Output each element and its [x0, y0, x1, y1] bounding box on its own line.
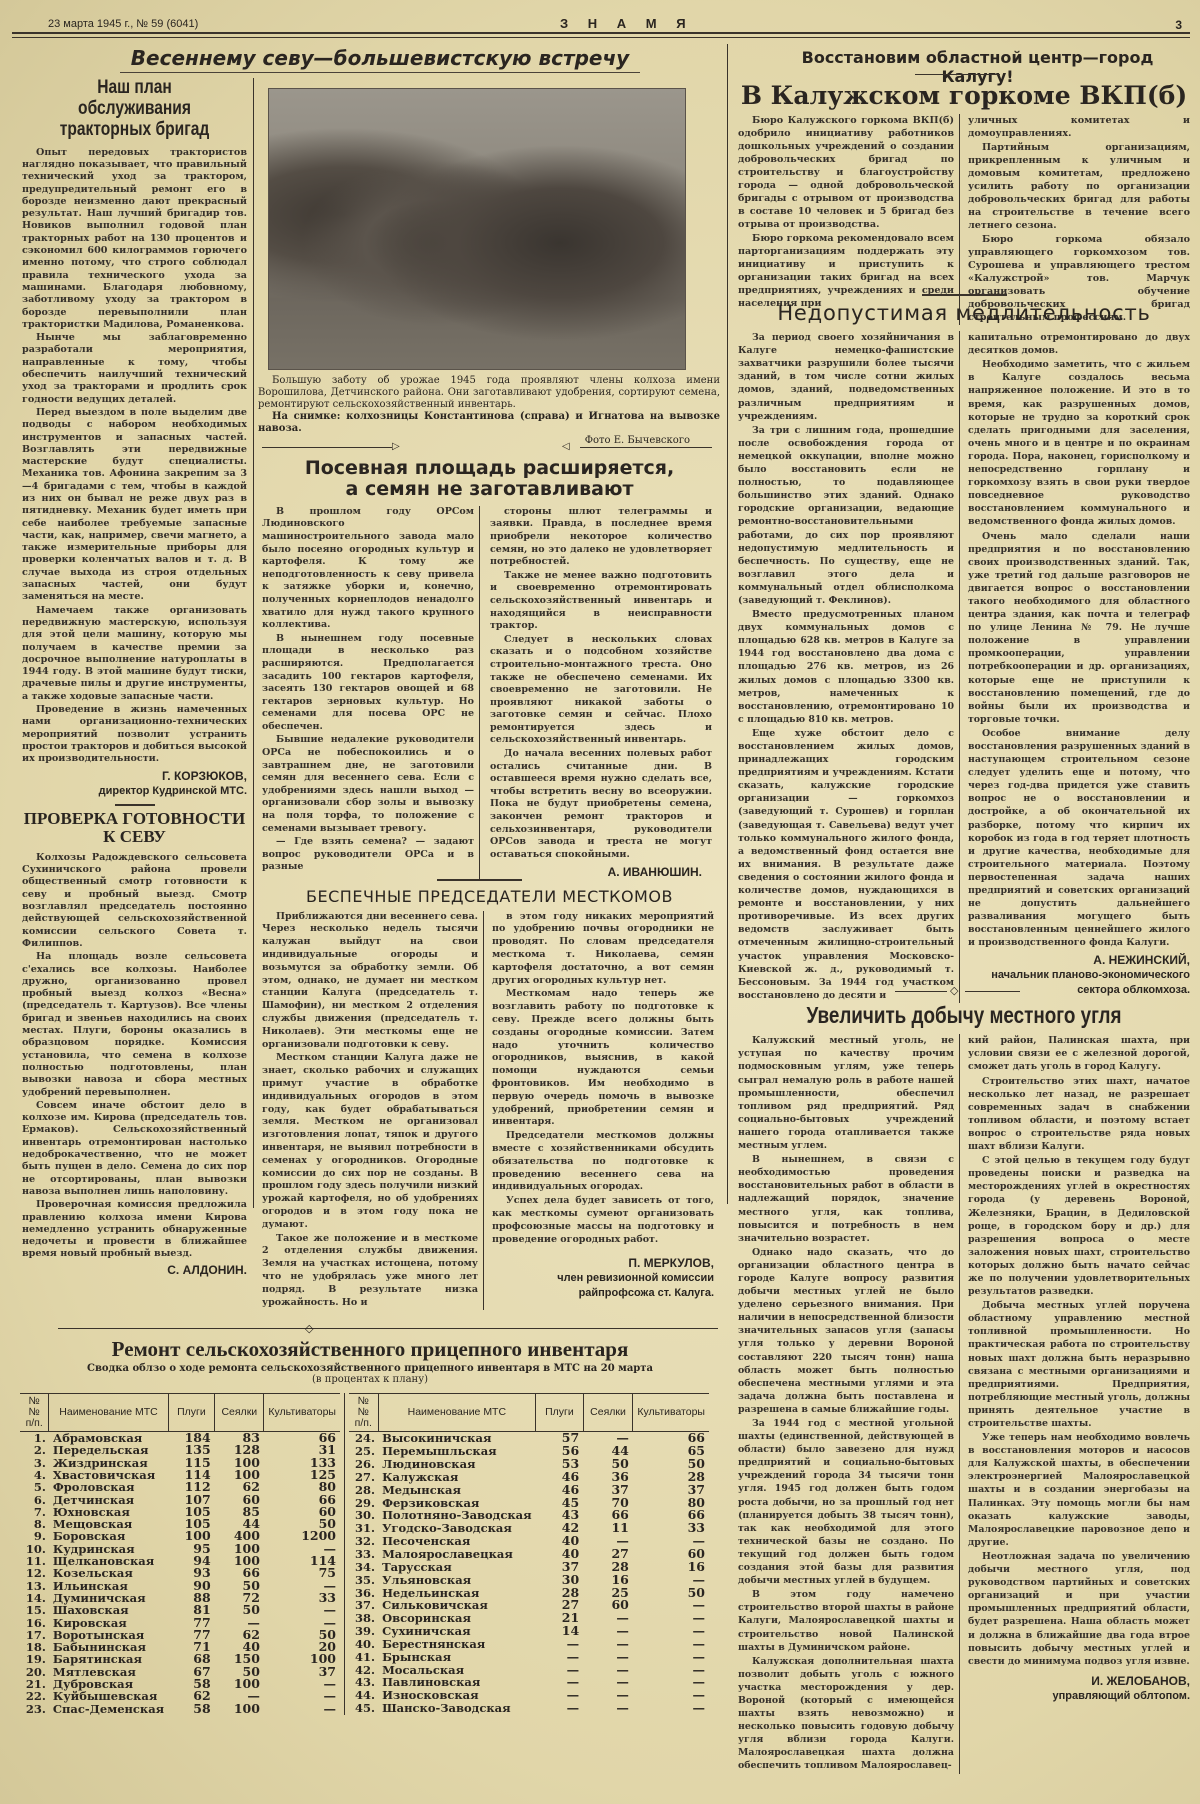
divider	[115, 804, 155, 806]
paragraph: Добыча местных углей поручена областному…	[968, 1299, 1190, 1430]
paragraph: В этом году намечено строительство второ…	[738, 1588, 954, 1653]
paragraph: Особое внимание делу восстановления разр…	[968, 727, 1190, 950]
mts-name: Ульяновская	[378, 1573, 536, 1586]
mts-name: Барятинская	[49, 1653, 168, 1665]
table-row: 12.Козельская936675	[20, 1567, 340, 1579]
mts-name: Износковская	[378, 1689, 536, 1702]
mts-name: Берестнянская	[378, 1638, 536, 1651]
mts-name: Песоченская	[378, 1535, 536, 1548]
mts-name: Овсоринская	[378, 1612, 536, 1625]
table-row: 37.Сильковичская2760—	[349, 1599, 709, 1612]
paragraph: С этой целью в текущем году будут провед…	[968, 1154, 1190, 1298]
mts-name: Людиновская	[378, 1458, 536, 1471]
table-row: 28.Медынская463737	[349, 1484, 709, 1497]
table-row: 5.Фроловская1126280	[20, 1481, 340, 1493]
cultivators-percent: —	[264, 1703, 340, 1715]
ornament-divider: ◇	[895, 985, 1020, 997]
table-headline: Ремонт сельскохозяйственного прицепного …	[20, 1338, 720, 1361]
paragraph: Председатели месткомов должны вместе с х…	[492, 1130, 714, 1194]
repair-table-left: №№ п/п. Наименование МТС Плуги Сеялки Ку…	[20, 1393, 340, 1715]
table-row: 25.Перемышльская564465	[349, 1445, 709, 1458]
row-number: 22.	[20, 1690, 49, 1702]
table-row: 39.Сухиничская14——	[349, 1625, 709, 1638]
row-number: 33.	[349, 1548, 378, 1561]
paragraph: Проверочная комиссия предложила правлени…	[22, 1199, 247, 1260]
article-column: уличных комитетах и домоуправлениях. Пар…	[968, 114, 1190, 325]
ornament-divider: ▷ ◁	[262, 441, 712, 453]
paragraph: уличных комитетах и домоуправлениях.	[968, 114, 1190, 140]
cultivators-percent: —	[633, 1702, 709, 1715]
mts-name: Куйбышевская	[49, 1690, 168, 1702]
divider	[922, 294, 1007, 296]
diamond-ornament: ◇	[305, 1322, 313, 1335]
masthead-rule	[12, 32, 1190, 38]
author-name: И. ЖЕЛОБАНОВ,	[968, 1674, 1190, 1689]
repair-table-section: Ремонт сельскохозяйственного прицепного …	[20, 1338, 720, 1715]
article-column: Калужский местный уголь, не уступая по к…	[738, 1034, 960, 1773]
row-number: 35.	[349, 1573, 378, 1586]
author-role: райпрофсожа ст. Калуга.	[492, 1286, 714, 1301]
paragraph: В нынешнем, в связи с необходимостью про…	[738, 1153, 954, 1245]
paragraph: Бюро горкома рекомендовало всем парторга…	[738, 232, 954, 310]
column-header: №№ п/п.	[349, 1394, 378, 1432]
mts-name: Недельинская	[378, 1586, 536, 1599]
table-subtitle: Сводка облзо о ходе ремонта сельскохозяй…	[20, 1363, 720, 1374]
mts-name: Шаховская	[49, 1604, 168, 1616]
row-number: 9.	[20, 1530, 49, 1542]
mts-name: Павлиновская	[378, 1676, 536, 1689]
table-header-row: №№ п/п. Наименование МТС Плуги Сеялки Ку…	[20, 1394, 340, 1432]
paragraph: Опыт передовых трактористов наглядно пок…	[22, 147, 247, 331]
article-column: В прошлом году ОРСом Людиновского машино…	[262, 506, 480, 881]
author-name: П. МЕРКУЛОВ,	[492, 1256, 714, 1271]
row-number: 41.	[349, 1650, 378, 1663]
author-name: А. ИВАНЮШИН.	[490, 865, 712, 880]
headline: В Калужском горкоме ВКП(б)	[738, 82, 1190, 110]
row-number: 42.	[349, 1663, 378, 1676]
table-row: 40.Берестнянская———	[349, 1638, 709, 1651]
column-header: Наименование МТС	[49, 1394, 168, 1432]
table-row: 27.Калужская463628	[349, 1471, 709, 1484]
section-rule	[58, 1328, 718, 1329]
paragraph: Колхозы Радождевского сельсовета Сухинич…	[22, 852, 247, 950]
table-row: 38.Овсоринская21——	[349, 1612, 709, 1625]
table-row: 23.Спас-Деменская58100—	[20, 1703, 340, 1715]
paragraph: Намечаем также организовать передвижную …	[22, 605, 247, 703]
paragraph: Местком станции Калуга даже не знает, ск…	[262, 1052, 478, 1231]
paragraph: Также не менее важно подготовить и своев…	[490, 570, 712, 633]
article-column: капитально отремонтировано до двух десят…	[968, 331, 1190, 949]
row-number: 36.	[349, 1586, 378, 1599]
paragraph: стороны шлют телеграммы и заявки. Правда…	[490, 506, 712, 569]
column-header: Наименование МТС	[378, 1394, 536, 1432]
headline: Увеличить добычу местного угля	[779, 1003, 1150, 1028]
paragraph: В прошлом году ОРСом Людиновского машино…	[262, 506, 474, 632]
row-number: 39.	[349, 1625, 378, 1638]
issue-date: 23 марта 1945 г., № 59 (6041)	[48, 18, 198, 30]
row-number: 15.	[20, 1604, 49, 1616]
article-column: в этом году никаких мероприятий по удобр…	[492, 911, 714, 1247]
diamond-icon: ◇	[950, 984, 958, 997]
paragraph: За три с лишним года, прошедшие после ос…	[738, 424, 954, 607]
mts-name: Тарусская	[378, 1561, 536, 1574]
page-number: 3	[1175, 18, 1182, 32]
row-number: 27.	[349, 1471, 378, 1484]
mts-name: Малоярославецкая	[378, 1548, 536, 1561]
paragraph: Месткомам надо теперь же возглавить рабо…	[492, 988, 714, 1129]
mts-name: Спас-Деменская	[49, 1703, 168, 1715]
paragraph: Однако надо сказать, что до организации …	[738, 1246, 954, 1416]
column-header: Культиваторы	[264, 1394, 340, 1432]
mts-name: Брынская	[378, 1650, 536, 1663]
paragraph: За период своего хозяйничания в Калуге н…	[738, 331, 954, 423]
paragraph: Еще хуже обстоит дело с восстановлением …	[738, 727, 954, 1002]
table-row: 16.Кировская77——	[20, 1617, 340, 1629]
column-header: Сеялки	[583, 1394, 633, 1432]
row-number: 38.	[349, 1612, 378, 1625]
row-number: 30.	[349, 1509, 378, 1522]
table-row: 31.Угодско-Заводская421133	[349, 1522, 709, 1535]
table-row: 2.Передельская13512831	[20, 1444, 340, 1456]
paragraph: Приближаются дни весеннего сева. Через н…	[262, 911, 478, 1052]
mts-name: Перемышльская	[378, 1445, 536, 1458]
paragraph: Калужская дополнительная шахта позволит …	[738, 1655, 954, 1773]
headline-line1: Посевная площадь расширяется,	[262, 458, 717, 479]
table-row: 9.Боровская1004001200	[20, 1530, 340, 1542]
article-column: Приближаются дни весеннего сева. Через н…	[262, 911, 484, 1311]
paragraph: Калужский местный уголь, не уступая по к…	[738, 1034, 954, 1152]
article-careless-chairmen: БЕСПЕЧНЫЕ ПРЕДСЕДАТЕЛИ МЕСТКОМОВ Приближ…	[262, 888, 717, 1310]
paragraph: Нынче мы заблаговременно разработали мер…	[22, 332, 247, 406]
column-header: №№ п/п.	[20, 1394, 49, 1432]
mts-name: Шанско-Заводская	[378, 1702, 536, 1715]
table-row: 19.Барятинская68150100	[20, 1653, 340, 1665]
row-number: 12.	[20, 1567, 49, 1579]
article-body: Опыт передовых трактористов наглядно пок…	[22, 147, 247, 766]
author-name: С. АЛДОНИН.	[22, 1263, 247, 1278]
table-row: 26.Людиновская535050	[349, 1458, 709, 1471]
divider	[437, 879, 522, 881]
table-row: 29.Ферзиковская457080	[349, 1496, 709, 1509]
row-number: 25.	[349, 1445, 378, 1458]
paragraph: Строительство этих шахт, начатое несколь…	[968, 1075, 1190, 1154]
headline: Недопустимая медлительность	[738, 302, 1190, 325]
column-header: Сеялки	[215, 1394, 264, 1432]
mts-name: Сильковичская	[378, 1599, 536, 1612]
mts-name: Боровская	[49, 1530, 168, 1542]
mts-name: Высокиничская	[378, 1432, 536, 1445]
row-number: 16.	[20, 1617, 49, 1629]
mts-name: Фроловская	[49, 1481, 168, 1493]
mts-name: Калужская	[378, 1471, 536, 1484]
column-header: Плуги	[168, 1394, 215, 1432]
paragraph: в этом году никаких мероприятий по удобр…	[492, 911, 714, 988]
row-number: 29.	[349, 1496, 378, 1509]
table-row: 41.Брынская———	[349, 1650, 709, 1663]
author-role: член ревизионной комиссии	[492, 1271, 714, 1286]
table-row: 43.Павлиновская———	[349, 1676, 709, 1689]
row-number: 26.	[349, 1458, 378, 1471]
mts-name: Ферзиковская	[378, 1496, 536, 1509]
caption-text: Большую заботу об урожае 1945 года прояв…	[258, 375, 720, 411]
article-column: кий район, Палинская шахта, при условии …	[968, 1034, 1190, 1668]
paragraph: Необходимо заметить, что с жильем в Калу…	[968, 358, 1190, 528]
divider	[915, 74, 1000, 75]
headline-line2: а семян не заготавливают	[262, 479, 717, 500]
headline-readiness: ПРОВЕРКА ГОТОВНОСТИ К СЕВУ	[22, 810, 247, 847]
author-role: директор Кудринской МТС.	[22, 784, 247, 799]
column-divider	[727, 44, 728, 1204]
paragraph: Совсем иначе обстоит дело в колхозе им. …	[22, 1100, 247, 1198]
article-body-readiness: Колхозы Радождевского сельсовета Сухинич…	[22, 852, 247, 1261]
repair-table-right: №№ п/п. Наименование МТС Плуги Сеялки Ку…	[349, 1393, 709, 1715]
article-gorkom: В Калужском горкоме ВКП(б) Бюро Калужско…	[738, 82, 1190, 325]
paragraph: Следует в нескольких словах сказать и о …	[490, 634, 712, 747]
mts-name: Передельская	[49, 1444, 168, 1456]
author-role: управляющий облтопом.	[968, 1689, 1190, 1704]
photo-caption: Большую заботу об урожае 1945 года прояв…	[258, 375, 720, 447]
table-row: 24.Высокиничская57—66	[349, 1432, 709, 1445]
paragraph: За 1944 год с местной угольной шахты (ед…	[738, 1417, 954, 1587]
table-row: 33.Малоярославецкая402760	[349, 1548, 709, 1561]
table-row: 32.Песоченская40——	[349, 1535, 709, 1548]
article-slowness: Недопустимая медлительность За период св…	[738, 302, 1190, 1003]
paragraph: Успех дела будет зависеть от того, как м…	[492, 1195, 714, 1246]
row-number: 32.	[349, 1535, 378, 1548]
table-row: 35.Ульяновская3016—	[349, 1573, 709, 1586]
row-number: 34.	[349, 1561, 378, 1574]
paragraph: Такое же положение и в месткоме 2 отделе…	[262, 1233, 478, 1310]
table-row: 45.Шанско-Заводская———	[349, 1702, 709, 1715]
seeders-percent: —	[583, 1702, 633, 1715]
row-number: 2.	[20, 1444, 49, 1456]
article-coal: Увеличить добычу местного угля Калужский…	[738, 1003, 1190, 1774]
table-header-row: №№ п/п. Наименование МТС Плуги Сеялки Ку…	[349, 1394, 709, 1432]
article-tractor-brigades: Наш план обслуживания тракторных бригад …	[22, 78, 247, 1278]
mts-name: Козельская	[49, 1567, 168, 1579]
article-sowing-area: Посевная площадь расширяется, а семян не…	[262, 458, 717, 880]
paragraph: Проведение в жизнь намеченных нами орган…	[22, 704, 247, 765]
row-number: 43.	[349, 1676, 378, 1689]
paragraph: До начала весенних полевых работ осталис…	[490, 748, 712, 861]
paragraph: Бюро Калужского горкома ВКП(б) одобрило …	[738, 114, 954, 231]
author-role: начальник планово-экономического	[968, 968, 1190, 983]
plows-percent: 58	[168, 1703, 215, 1715]
paragraph: капитально отремонтировано до двух десят…	[968, 331, 1190, 357]
banner-spring-sowing: Весеннему севу—большевистскую встречу	[120, 46, 640, 73]
table-row: 15.Шаховская8150—	[20, 1604, 340, 1616]
author-name: А. НЕЖИНСКИЙ,	[968, 953, 1190, 968]
table-unit: (в процентах к плану)	[20, 1374, 720, 1385]
table-row: 22.Куйбышевская62——	[20, 1690, 340, 1702]
mts-name: Сухиничская	[378, 1625, 536, 1638]
paragraph: На площадь возле сельсовета с'ехались вс…	[22, 951, 247, 1099]
article-column: Бюро Калужского горкома ВКП(б) одобрило …	[738, 114, 960, 325]
row-number: 28.	[349, 1484, 378, 1497]
row-number: 37.	[349, 1599, 378, 1612]
mts-name: Медынская	[378, 1484, 536, 1497]
row-number: 40.	[349, 1638, 378, 1651]
row-number: 44.	[349, 1689, 378, 1702]
paragraph: Вместо предусмотренных планом двух комму…	[738, 608, 954, 726]
paragraph: Уже теперь нам необходимо вовлечь в восс…	[968, 1431, 1190, 1549]
column-divider	[253, 78, 254, 1208]
paragraph: Перед выездом в поле выделим две подводы…	[22, 407, 247, 604]
paragraph: В нынешнем году посевные площади в неско…	[262, 633, 474, 734]
paragraph: Очень мало сделали наши предприятия и по…	[968, 530, 1190, 726]
mts-name: Полотняно-Заводская	[378, 1509, 536, 1522]
headline: БЕСПЕЧНЫЕ ПРЕДСЕДАТЕЛИ МЕСТКОМОВ	[262, 888, 717, 906]
paragraph: кий район, Палинская шахта, при условии …	[968, 1034, 1190, 1073]
paragraph: Неотложная задача по увеличению добычи м…	[968, 1550, 1190, 1668]
article-column: стороны шлют телеграммы и заявки. Правда…	[490, 506, 712, 862]
paragraph: Бывшие недалекие руководители ОРСа не по…	[262, 734, 474, 835]
row-number: 24.	[349, 1432, 378, 1445]
column-header: Культиваторы	[633, 1394, 709, 1432]
caption-detail: На снимке: колхозницы Константинова (спр…	[258, 411, 720, 435]
mts-name: Мосальская	[378, 1663, 536, 1676]
paragraph: — Где взять семена? — задают вопрос руко…	[262, 836, 474, 874]
row-number: 19.	[20, 1653, 49, 1665]
row-number: 23.	[20, 1703, 49, 1715]
row-number: 31.	[349, 1522, 378, 1535]
column-header: Плуги	[536, 1394, 584, 1432]
row-number: 5.	[20, 1481, 49, 1493]
table-row: 30.Полотняно-Заводская436666	[349, 1509, 709, 1522]
table-row: 42.Мосальская———	[349, 1663, 709, 1676]
mts-name: Кировская	[49, 1617, 168, 1629]
photo-kolkhoz-women	[268, 88, 686, 370]
mts-name: Угодско-Заводская	[378, 1522, 536, 1535]
newspaper-name: З Н А М Я	[560, 16, 694, 31]
author-name: Г. КОРЗЮКОВ,	[22, 769, 247, 784]
paragraph: Партийным организациям, прикрепленным к …	[968, 141, 1190, 232]
headline: Наш план обслуживания тракторных бригад	[42, 78, 227, 141]
plows-percent: —	[536, 1702, 584, 1715]
table-row: 36.Недельинская282550	[349, 1586, 709, 1599]
article-column: За период своего хозяйничания в Калуге н…	[738, 331, 960, 1003]
row-number: 45.	[349, 1702, 378, 1715]
seeders-percent: 100	[215, 1703, 264, 1715]
table-row: 44.Износковская———	[349, 1689, 709, 1702]
table-row: 34.Тарусская372816	[349, 1561, 709, 1574]
